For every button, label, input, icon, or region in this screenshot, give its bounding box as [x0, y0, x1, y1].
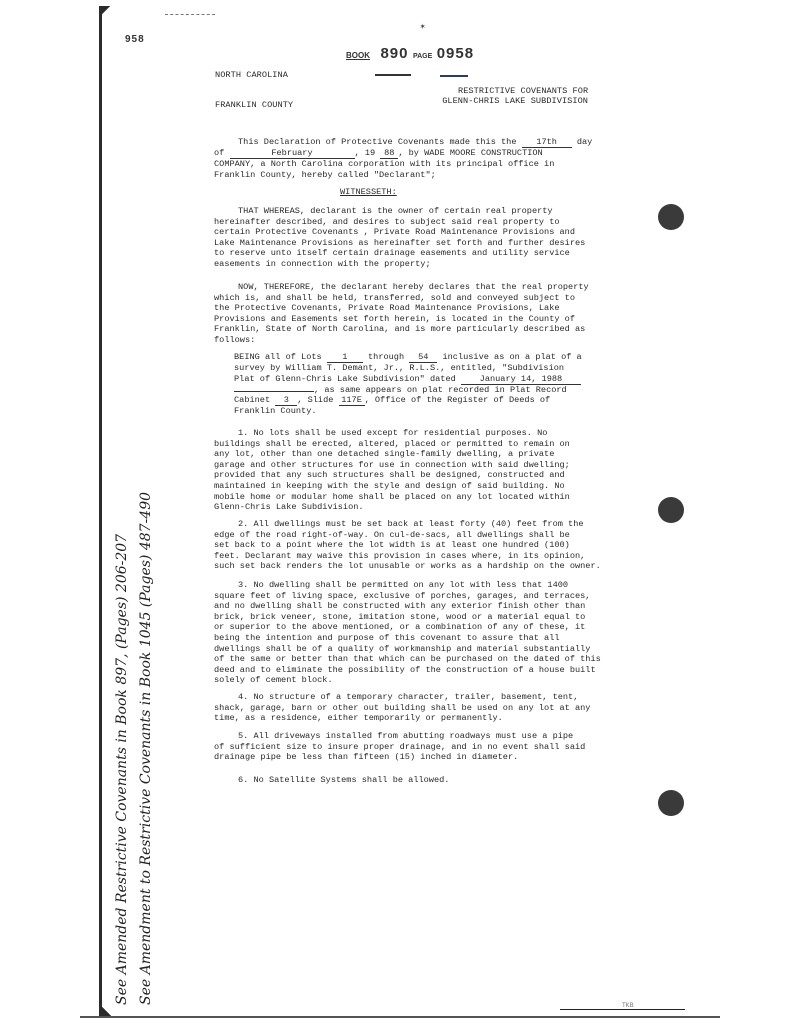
covenant-line: edge of the road right-of-way. On cul-de… — [214, 530, 594, 541]
legal-text: , Slide — [297, 395, 333, 405]
legal-text: , Office of the Register of Deeds of — [365, 395, 551, 405]
book-label: BOOK — [346, 51, 370, 60]
covenant-1: 1. No lots shall be used except for resi… — [214, 428, 594, 513]
month-field: February — [230, 149, 355, 159]
margin-note-1: See Amended Restrictive Covenants in Boo… — [114, 534, 130, 1005]
scan-mark — [165, 14, 215, 16]
paragraph-line: THAT WHEREAS, declarant is the owner of … — [214, 206, 594, 217]
legal-text: , as same appears on plat recorded in Pl… — [314, 385, 567, 395]
covenant-line: of sufficient size to insure proper drai… — [214, 742, 594, 753]
paragraph-line: Lake Maintenance Provisions as hereinaft… — [214, 238, 594, 249]
covenant-6: 6. No Satellite Systems shall be allowed… — [214, 775, 594, 786]
plat-date-field: January 14, 1988 — [461, 375, 581, 385]
covenant-line: 1. No lots shall be used except for resi… — [214, 428, 594, 439]
punch-hole-icon — [658, 204, 684, 230]
covenant-5: 5. All driveways installed from abutting… — [214, 731, 594, 763]
legal-text: survey by William T. Demant, Jr., R.L.S.… — [234, 363, 594, 374]
book-page-stamp: BOOK 890 PAGE 0958 — [346, 45, 474, 63]
covenant-4: 4. No structure of a temporary character… — [214, 692, 594, 724]
year-field: 88 — [380, 149, 398, 159]
covenant-line: 3. No dwelling shall be permitted on any… — [214, 580, 594, 591]
covenant-line: shack, garage, barn or other out buildin… — [214, 703, 594, 714]
covenant-line: dwellings shall be of a quality of workm… — [214, 644, 594, 655]
covenant-line: square feet of living space, exclusive o… — [214, 591, 594, 602]
covenant-line: 6. No Satellite Systems shall be allowed… — [214, 775, 594, 786]
title-line-1: RESTRICTIVE COVENANTS FOR — [458, 86, 588, 97]
covenant-line: or superior to the above mentioned, or a… — [214, 622, 594, 633]
stamp-page-number: 0958 — [437, 45, 474, 62]
slide-field: 117E — [339, 396, 365, 406]
covenant-line: deed and to eliminate the possibility of… — [214, 665, 594, 676]
header-county: FRANKLIN COUNTY — [215, 100, 293, 111]
lot-from-field: 1 — [327, 353, 363, 363]
covenant-line: maintained in keeping with the style and… — [214, 481, 594, 492]
covenant-line: feet. Declarant may waive this provision… — [214, 551, 594, 562]
intro-text: This Declaration of Protective Covenants… — [238, 137, 516, 147]
covenant-line: provided that any such structures shall … — [214, 470, 594, 481]
covenant-line: 5. All driveways installed from abutting… — [214, 731, 594, 742]
paragraph-line: the Protective Covenants, Private Road M… — [214, 303, 594, 314]
paragraph-line: follows: — [214, 335, 594, 346]
legal-text: Plat of Glenn-Chris Lake Subdivision" da… — [234, 374, 456, 384]
lot-to-field: 54 — [409, 353, 437, 363]
covenant-3: 3. No dwelling shall be permitted on any… — [214, 580, 594, 686]
book-number: 890 — [380, 45, 408, 62]
intro-text: , by WADE MOORE CONSTRUCTION — [398, 148, 542, 158]
intro-text: of — [214, 148, 224, 158]
cabinet-field: 3 — [275, 396, 297, 406]
covenant-2: 2. All dwellings must be set back at lea… — [214, 519, 594, 572]
covenant-line: 4. No structure of a temporary character… — [214, 692, 594, 703]
witnesseth-heading: WITNESSETH: — [340, 187, 397, 197]
page-label: PAGE — [413, 53, 432, 60]
covenant-line: time, as a residence, either temporarily… — [214, 713, 594, 724]
paragraph-line: which is, and shall be held, transferred… — [214, 293, 594, 304]
intro-text: , 19 — [355, 148, 376, 158]
intro-text: Franklin County, hereby called "Declaran… — [214, 170, 594, 181]
covenant-line: and no dwelling shall be constructed wit… — [214, 601, 594, 612]
header-state: NORTH CAROLINA — [215, 70, 288, 81]
covenant-line: of the same or better than that which ca… — [214, 654, 594, 665]
covenant-line: set back to a point where the lot width … — [214, 540, 594, 551]
paragraph-line: Franklin, State of North Carolina, and i… — [214, 324, 594, 335]
blank-field — [234, 391, 314, 392]
punch-hole-icon — [658, 497, 684, 523]
paragraph-line: easements in connection with the propert… — [214, 259, 594, 270]
covenant-line: mobile home or modular home shall be pla… — [214, 492, 594, 503]
intro-paragraph: This Declaration of Protective Covenants… — [214, 137, 594, 180]
punch-hole-icon — [658, 790, 684, 816]
legal-description: BEING all of Lots 1 through 54 inclusive… — [234, 352, 594, 417]
therefore-paragraph: NOW, THEREFORE, the declarant hereby dec… — [214, 282, 594, 346]
title-line-2: GLENN-CHRIS LAKE SUBDIVISION — [428, 96, 588, 107]
covenant-line: brick, brick veneer, stone, imitation st… — [214, 612, 594, 623]
paragraph-line: hereinafter described, and desires to su… — [214, 217, 594, 228]
asterisk-mark: ✶ — [420, 22, 425, 32]
legal-text: Cabinet — [234, 395, 270, 405]
legal-text: through — [368, 352, 404, 362]
covenant-line: any lot, other than one detached single-… — [214, 449, 594, 460]
covenant-line: such set back renders the lot unusable o… — [214, 561, 594, 572]
covenant-line: 2. All dwellings must be set back at lea… — [214, 519, 594, 530]
bottom-edge-rule — [80, 1016, 720, 1018]
paragraph-line: certain Protective Covenants , Private R… — [214, 227, 594, 238]
initials-mark: TKB — [622, 1002, 634, 1009]
stamp-underline — [375, 74, 411, 76]
signature-line — [560, 1009, 685, 1010]
intro-text: COMPANY, a North Carolina corporation wi… — [214, 159, 594, 170]
scanned-document-page: TKB ✶ 958 BOOK 890 PAGE 0958 NORTH CAROL… — [0, 0, 791, 1024]
covenant-line: garage and other structures for use in c… — [214, 460, 594, 471]
covenant-line: buildings shall be erected, altered, pla… — [214, 439, 594, 450]
day-field: 17th — [522, 138, 572, 148]
whereas-paragraph: THAT WHEREAS, declarant is the owner of … — [214, 206, 594, 270]
paragraph-line: to reserve unto itself certain drainage … — [214, 248, 594, 259]
left-binding-rule — [99, 6, 102, 1018]
page-number: 958 — [125, 34, 145, 45]
binding-rule-top-flare — [99, 6, 113, 20]
margin-note-2: See Amendment to Restrictive Covenants i… — [138, 492, 154, 1005]
covenant-line: drainage pipe be less than fifteen (15) … — [214, 752, 594, 763]
paragraph-line: NOW, THEREFORE, the declarant hereby dec… — [214, 282, 594, 293]
covenant-line: being the intention and purpose of this … — [214, 633, 594, 644]
intro-text: day — [577, 137, 592, 147]
covenant-line: solely of cement block. — [214, 675, 594, 686]
paragraph-line: Provisions and Easements set forth herei… — [214, 314, 594, 325]
legal-text: inclusive as on a plat of a — [442, 352, 581, 362]
legal-text: Franklin County. — [234, 406, 594, 417]
stamp-underline-blue — [440, 75, 468, 77]
legal-text: BEING all of Lots — [234, 352, 322, 362]
covenant-line: Glenn-Chris Lake Subdivision. — [214, 502, 594, 513]
